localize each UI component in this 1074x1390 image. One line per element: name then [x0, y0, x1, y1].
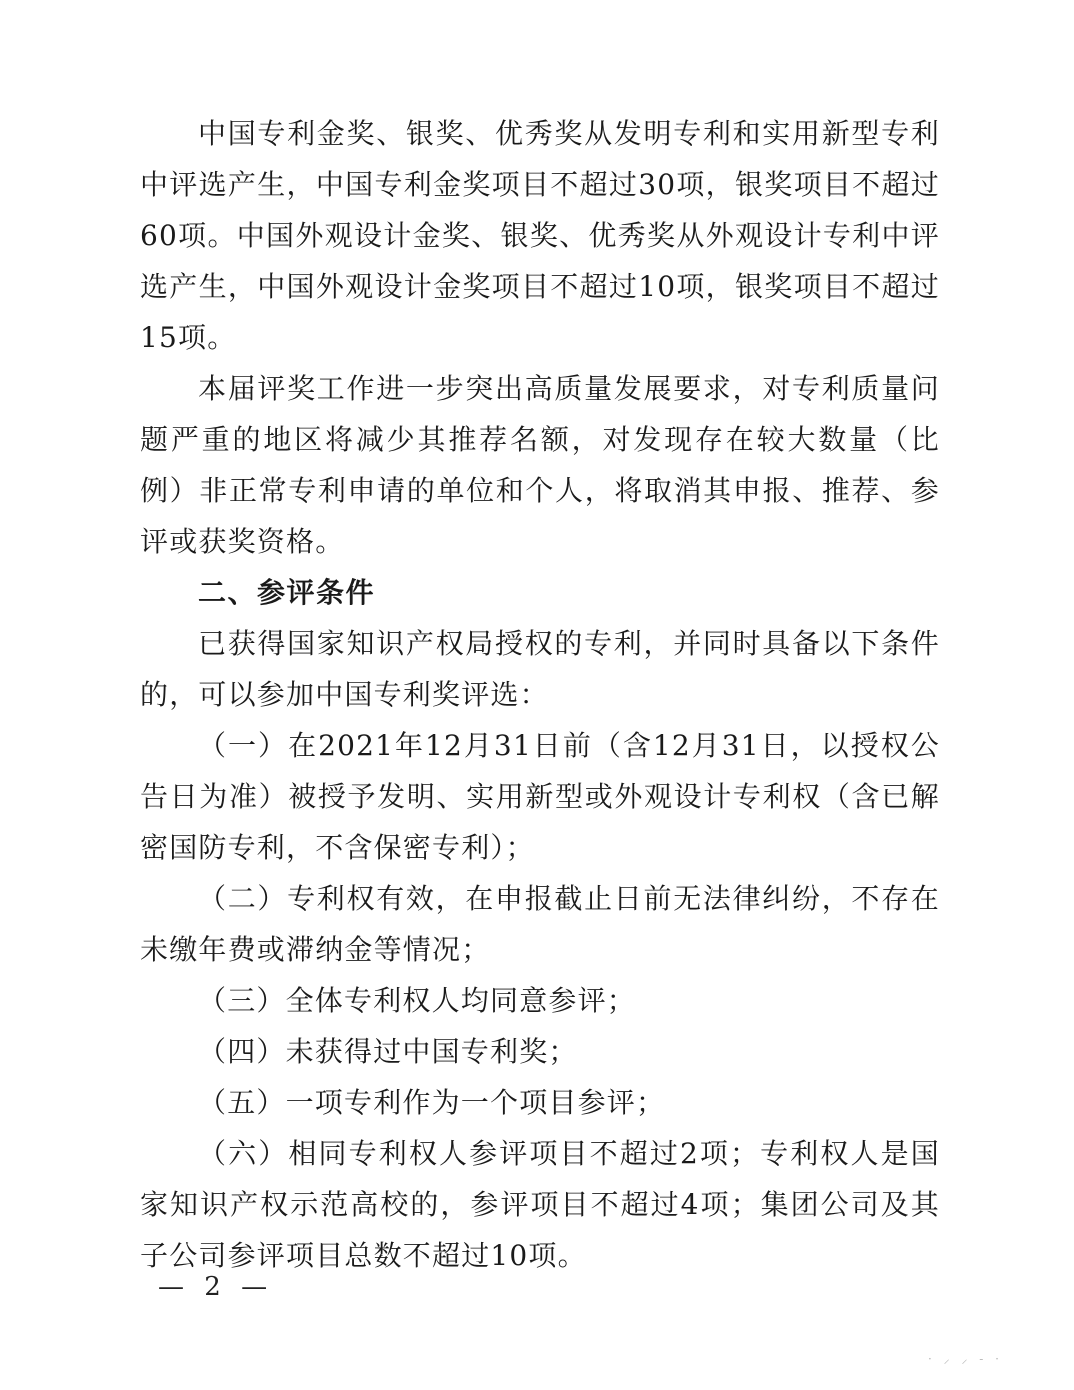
condition-6: （六）相同专利权人参评项目不超过2项；专利权人是国家知识产权示范高校的，参评项目… [140, 1128, 940, 1281]
condition-3: （三）全体专利权人均同意参评； [140, 975, 940, 1026]
section-heading: 二、参评条件 [140, 567, 940, 618]
condition-2: （二）专利权有效，在申报截止日前无法律纠纷，不存在未缴年费或滞纳金等情况； [140, 873, 940, 975]
watermark: · ⸝ ⸝ ‐ · [928, 1350, 1003, 1367]
document-body: 中国专利金奖、银奖、优秀奖从发明专利和实用新型专利中评选产生，中国专利金奖项目不… [140, 108, 940, 1281]
section-intro: 已获得国家知识产权局授权的专利，并同时具备以下条件的，可以参加中国专利奖评选： [140, 618, 940, 720]
paragraph-award-quota: 中国专利金奖、银奖、优秀奖从发明专利和实用新型专利中评选产生，中国专利金奖项目不… [140, 108, 940, 363]
condition-1: （一）在2021年12月31日前（含12月31日，以授权公告日为准）被授予发明、… [140, 720, 940, 873]
condition-5: （五）一项专利作为一个项目参评； [140, 1077, 940, 1128]
page-number: — 2 — [158, 1272, 273, 1302]
paragraph-quality-requirement: 本届评奖工作进一步突出高质量发展要求，对专利质量问题严重的地区将减少其推荐名额，… [140, 363, 940, 567]
condition-4: （四）未获得过中国专利奖； [140, 1026, 940, 1077]
